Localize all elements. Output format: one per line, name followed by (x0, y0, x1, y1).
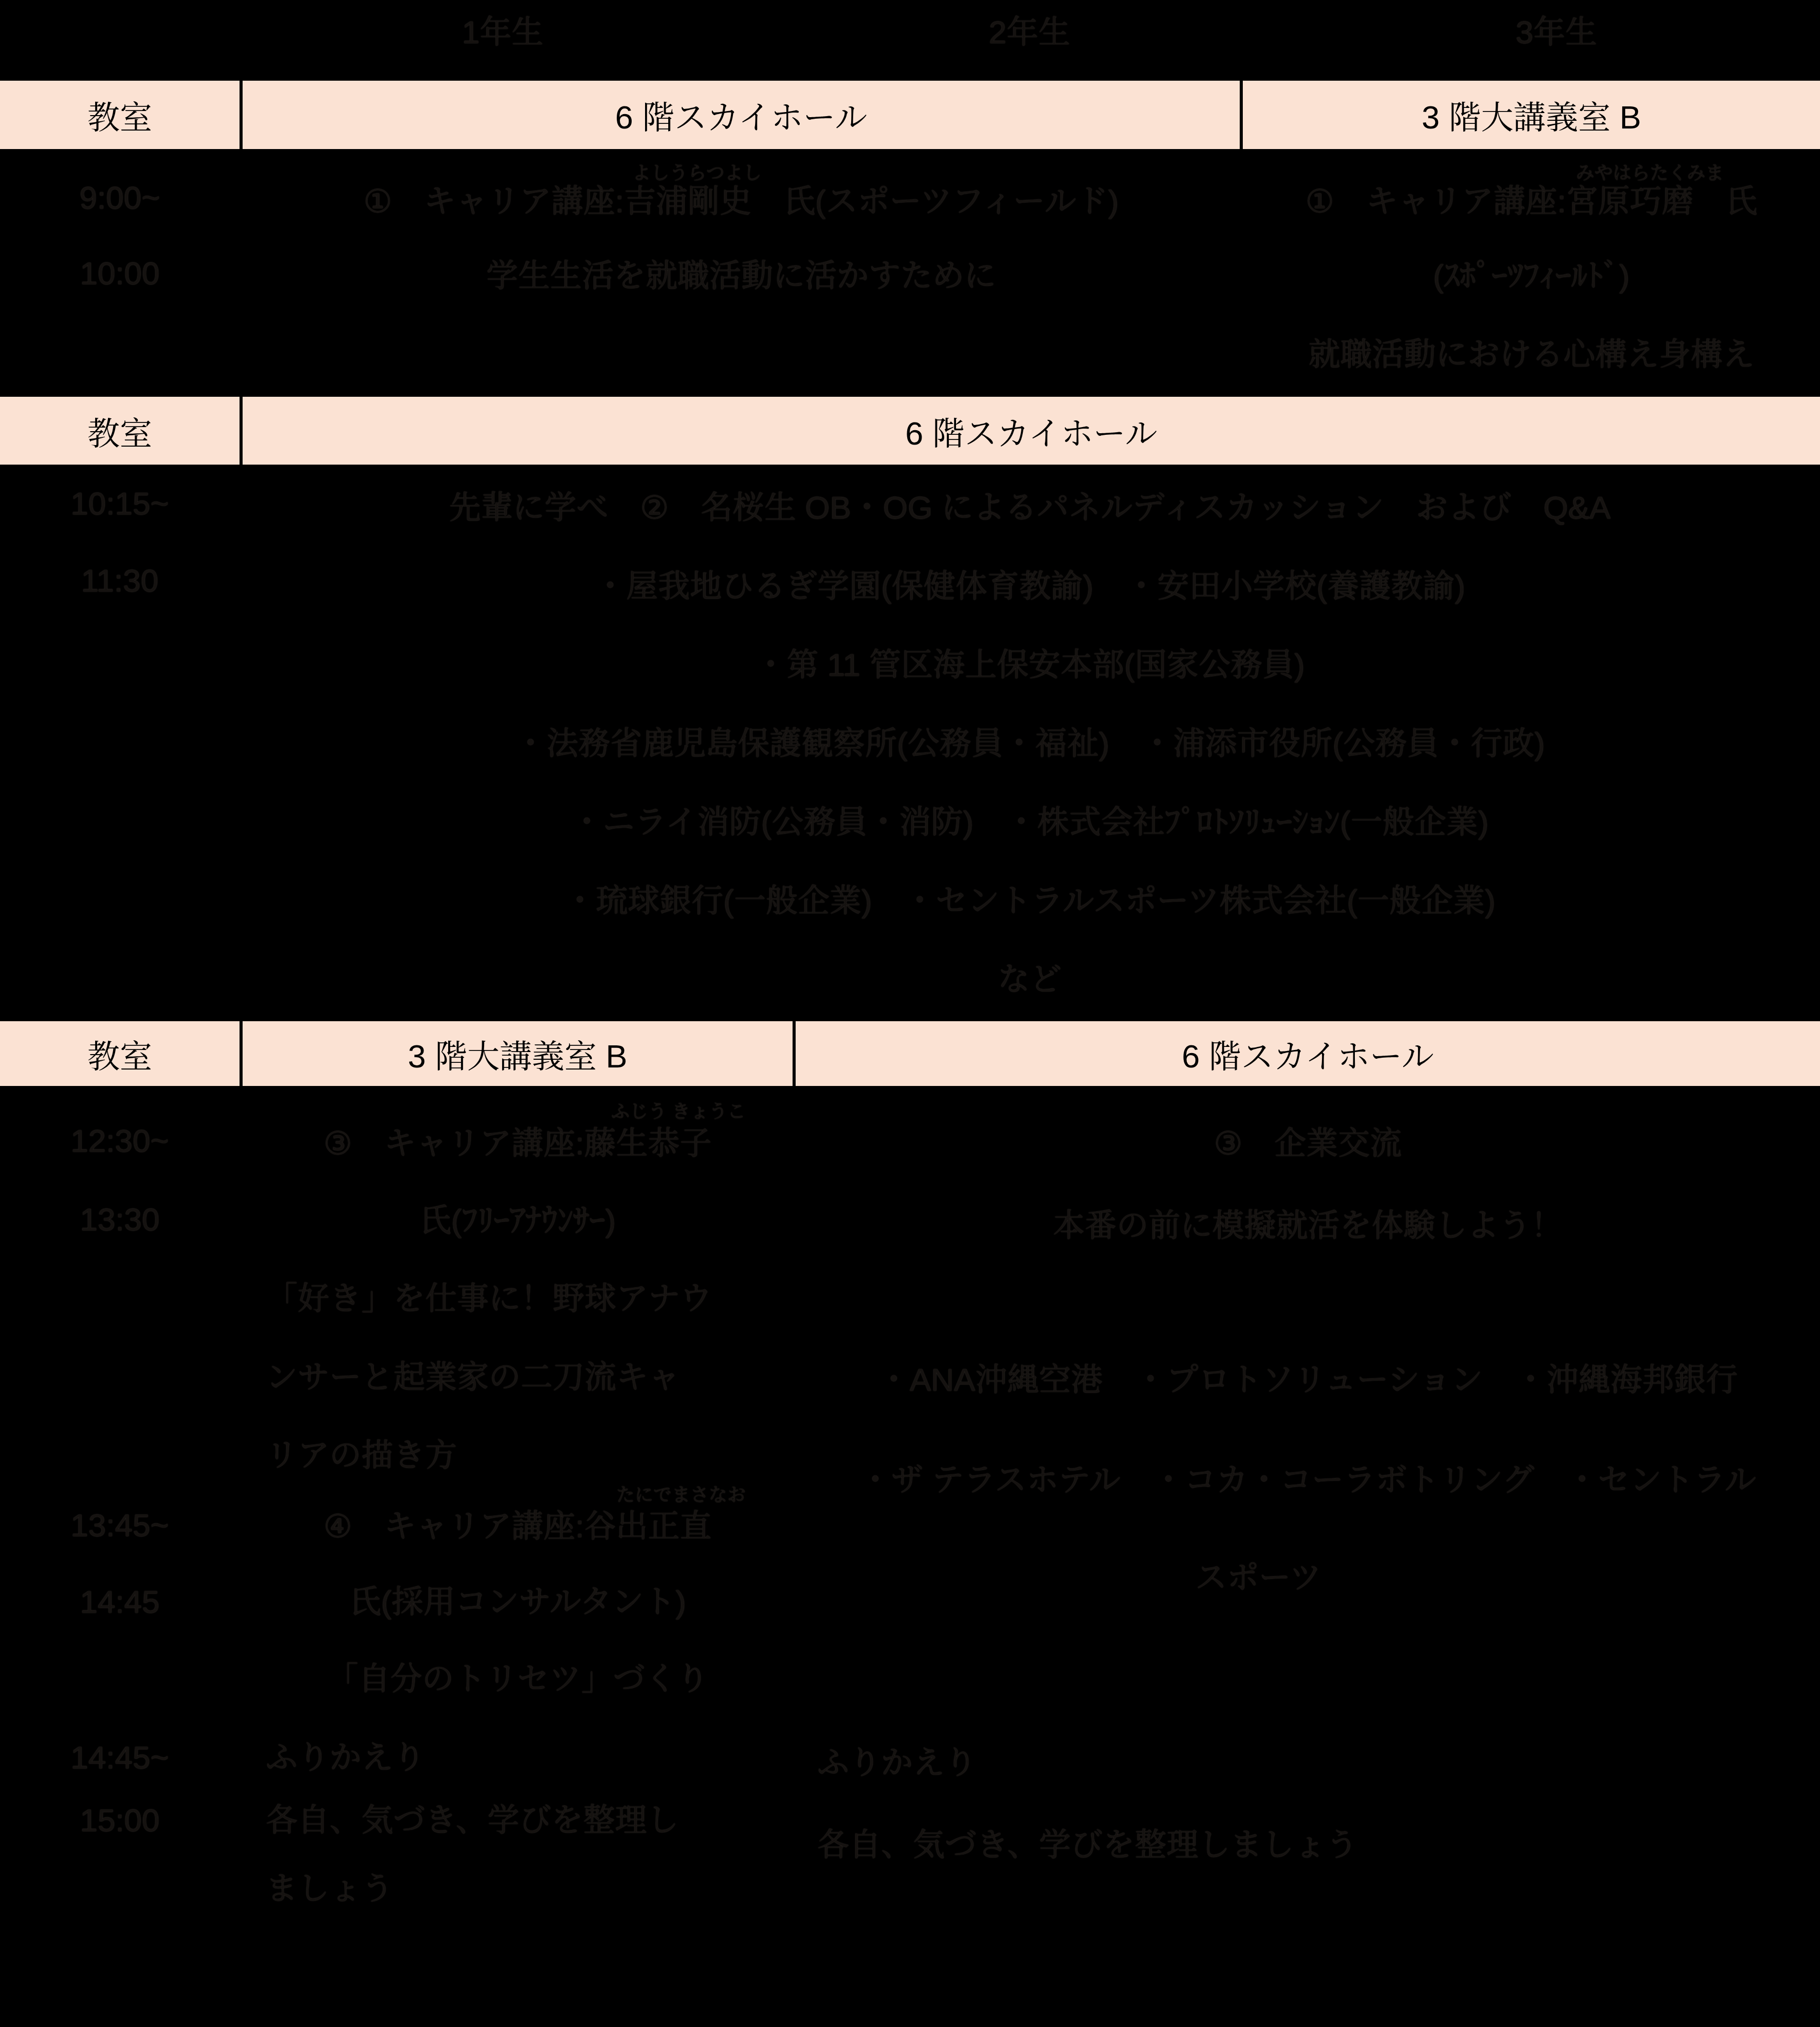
time-r1-start: 9:00~ (0, 180, 240, 216)
r1-right-line3: 就職活動における心構え身構え (1243, 337, 1820, 373)
r1-right-line2: (ｽﾎﾟｰﾂﾌｨｰﾙﾄﾞ) (1243, 258, 1820, 294)
ruby-yoshiura: よしうらつよし (622, 162, 771, 183)
r3-sky-line5: スポーツ (796, 1560, 1721, 1596)
r2-line1: 先輩に学べ ② 名桜生 OB・OG によるパネルディスカッション および Q&A (240, 490, 1820, 526)
r4-left-line2: 氏(採用コンサルタント) (243, 1584, 793, 1620)
r5-right-line2: 各自、気づき、学びを整理しましょう (817, 1827, 1794, 1864)
r5-left-line2: 各自、気づき、学びを整理し (266, 1802, 793, 1839)
ruby-tanide: たにでまさなお (591, 1484, 771, 1505)
schedule-table: 1年生 2年生 3年生 教室 6 階スカイホール 3 階大講義室 B 9:00~… (0, 0, 1820, 2027)
r3-sky-line3: ・ANA沖縄空港 ・プロトソリューション ・沖縄海邦銀行 (796, 1362, 1820, 1398)
room-band-1-label: 教室 (0, 81, 240, 149)
r3-sky-line2: 本番の前に模擬就活を体験しよう！ (796, 1208, 1820, 1244)
r5-left-line1: ふりかえり (266, 1740, 793, 1776)
room-band-3-label: 教室 (0, 1021, 240, 1086)
r4-left-line1: ④ キャリア講座:谷出正直 (243, 1508, 793, 1545)
r3-left-line4: ンサーと起業家の二刀流キャ (266, 1359, 793, 1396)
room-band-2: 教室 6 階スカイホール (0, 397, 1820, 465)
grade-header-1: 1年生 (348, 14, 657, 51)
room-band-1-hall: 6 階スカイホール (243, 81, 1240, 149)
r3-left-line5: リアの描き方 (266, 1438, 793, 1474)
ruby-fujiu: ふじう きょうこ (586, 1101, 771, 1122)
room-band-2-label: 教室 (0, 397, 240, 465)
r2-line5: ・ニライ消防(公務員・消防) ・株式会社ﾌﾟﾛﾄｿﾘｭｰｼｮﾝ(一般企業) (240, 804, 1820, 841)
time-r1-end: 10:00 (0, 255, 240, 292)
r5-left-line3: ましょう (266, 1871, 793, 1907)
time-r5-start: 14:45~ (0, 1740, 240, 1776)
r3-sky-line4: ・ザ テラスホテル ・コカ・コーラボトリング ・セントラル (796, 1462, 1820, 1499)
grade-header-3: 3年生 (1402, 14, 1711, 51)
room-band-3: 教室 3 階大講義室 B 6 階スカイホール (0, 1021, 1820, 1086)
room-band-2-hall: 6 階スカイホール (243, 397, 1820, 465)
time-r4-end: 14:45 (0, 1584, 240, 1620)
room-band-1: 教室 6 階スカイホール 3 階大講義室 B (0, 81, 1820, 149)
r3-left-line1: ③ キャリア講座:藤生恭子 (243, 1126, 793, 1162)
time-r2-end: 11:30 (0, 563, 240, 599)
r1-main-line2: 学生生活を就職活動に活かすために (243, 258, 1240, 294)
grade-header-2: 2年生 (875, 14, 1184, 51)
r2-line4: ・法務省鹿児島保護観察所(公務員・福祉) ・浦添市役所(公務員・行政) (240, 726, 1820, 762)
r3-left-line3: 「好き」を仕事に！野球アナウ (266, 1281, 793, 1317)
r2-line7: など (240, 962, 1820, 998)
r1-main-line1: ① キャリア講座:吉浦剛史 氏(スポーツフィールド) (243, 183, 1240, 220)
time-r3-end: 13:30 (0, 1202, 240, 1238)
time-r4-start: 13:45~ (0, 1507, 240, 1544)
room-band-1-lecture-b: 3 階大講義室 B (1243, 81, 1820, 149)
r5-right-line1: ふりかえり (817, 1745, 1794, 1781)
r3-sky-line1: ③ 企業交流 (796, 1126, 1820, 1162)
ruby-miyahara: みやはらたくみま (1562, 162, 1737, 183)
room-band-3-hall: 6 階スカイホール (796, 1021, 1820, 1086)
r2-line3: ・第 11 管区海上保安本部(国家公務員) (240, 647, 1820, 684)
r2-line6: ・琉球銀行(一般企業) ・セントラルスポーツ株式会社(一般企業) (240, 883, 1820, 919)
time-r2-start: 10:15~ (0, 486, 240, 522)
r1-right-line1: ① キャリア講座:宮原巧磨 氏 (1243, 183, 1820, 220)
time-r5-end: 15:00 (0, 1802, 240, 1839)
r4-left-line3: 「自分のトリセツ」づくり (243, 1661, 793, 1698)
room-band-3-lecture-b: 3 階大講義室 B (243, 1021, 793, 1086)
r2-line2: ・屋我地ひるぎ学園(保健体育教諭) ・安田小学校(養護教諭) (240, 568, 1820, 605)
r3-left-line2: 氏(ﾌﾘｰｱﾅｳﾝｻｰ) (243, 1203, 793, 1239)
time-r3-start: 12:30~ (0, 1123, 240, 1159)
